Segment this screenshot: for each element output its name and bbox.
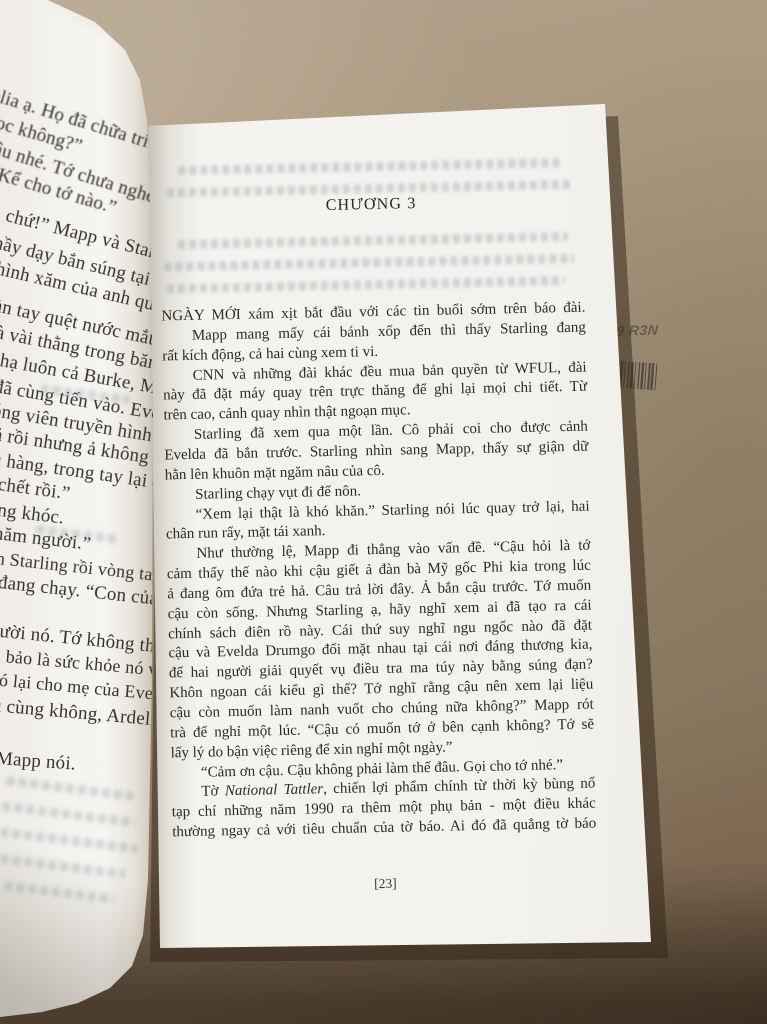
bleedthrough-line (6, 776, 134, 801)
left-page-fragment: Mapp nói. (0, 748, 76, 776)
page-number: [23] (173, 871, 597, 896)
bleedthrough-line (178, 232, 568, 249)
right-page-text: CHƯƠNG 3 NGÀY MỚI xám xịt bắt đầu với cá… (158, 146, 598, 917)
bleedthrough-line (4, 881, 114, 903)
left-page: elia ạ. Họ đã chữa triọc không?”ậu nhé. … (0, 0, 158, 1024)
photo-of-open-book: { "photo": { "stamp_text": "19 R3N", "co… (0, 0, 767, 1024)
bleedthrough-line (0, 828, 138, 854)
bleedthrough-line (178, 158, 562, 175)
bleedthrough-line (167, 276, 565, 293)
bleedthrough-line (0, 854, 126, 878)
bleedthrough-line (164, 254, 574, 272)
bleedthrough-line (2, 802, 136, 827)
